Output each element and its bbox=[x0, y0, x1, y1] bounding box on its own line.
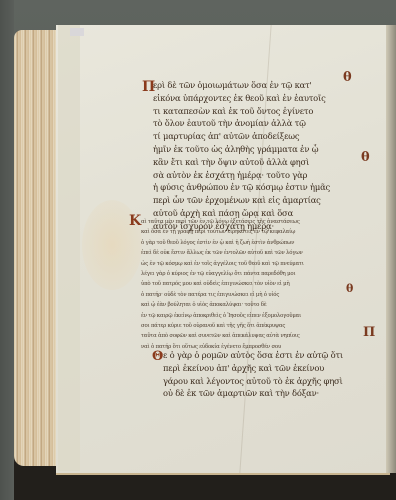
text-line: λέγει γὰρ ὁ κύριος ἐν τῷ εὐαγγελίῳ ὅτι π… bbox=[141, 270, 363, 279]
text-line: ὁ γὰρ τοῦ θεοῦ λόγος ἐστὶν ἐν ᾧ καὶ ἡ ζω… bbox=[141, 239, 363, 248]
margin-mark: θ bbox=[361, 150, 370, 165]
margin-mark: Π bbox=[363, 325, 375, 340]
text-line: περὶ ἐκείνου ἀπ' ἀρχῆς καὶ τῶν ἐκείνου bbox=[163, 363, 359, 375]
text-line: οὐ δὲ ἐκ τῶν ἀμαρτιῶν καὶ τὴν δόξαν· bbox=[163, 388, 359, 400]
margin-mark: θ bbox=[343, 70, 352, 85]
lower-text-block: ε ὁ γὰρ ὁ ρομῶν αὐτὸς ὅσα ἐστι ἐν αὐτῷ ὅ… bbox=[163, 350, 359, 401]
text-line: ε ὁ γὰρ ὁ ρομῶν αὐτὸς ὅσα ἐστι ἐν αὐτῷ ὅ… bbox=[163, 350, 359, 362]
tape-strip bbox=[70, 28, 84, 36]
upper-text-block: ερὶ δὲ τῶν ὁμοιωμάτων ὅσα ἐν τῷ κατ' εἰκ… bbox=[153, 80, 373, 234]
page-edges bbox=[14, 30, 58, 466]
text-line: εἰκόνα ὑπάρχοντες ἐκ θεοῦ καὶ ἐν ἑαυτοῖς bbox=[153, 93, 373, 105]
inner-margin-strip bbox=[58, 25, 80, 471]
margin-mark: θ bbox=[346, 282, 353, 295]
text-line: καὶ ᾧ ἐὰν βούληται ὁ υἱὸς ἀποκαλύψαι· το… bbox=[141, 301, 363, 310]
text-line: ερὶ δὲ τῶν ὁμοιωμάτων ὅσα ἐν τῷ κατ' bbox=[153, 80, 373, 92]
text-line: γάρου καὶ λέγοντος αὐτοῦ τὸ ἐκ ἀρχῆς φησ… bbox=[163, 376, 359, 388]
text-line: ταῦτα ἀπὸ σοφῶν καὶ συνετῶν καὶ ἀπεκάλυψ… bbox=[141, 332, 363, 341]
middle-text-block: αὶ ταῦτα μὲν περὶ τῶν ἐν τῷ λόγῳ ἐξετάσε… bbox=[141, 218, 363, 353]
text-line: σὰ αὐτὸν ἐκ ἐσχάτῃ ἡμέρᾳ· τοῦτο γὰρ bbox=[153, 170, 373, 182]
text-line: τί μαρτυρίας ἀπ' αὐτῶν ἀποδείξεως bbox=[153, 131, 373, 143]
text-line: ὑπὸ τοῦ πατρός μου καὶ οὐδεὶς ἐπιγινώσκε… bbox=[141, 280, 363, 289]
gutter bbox=[386, 25, 396, 473]
text-line: ἡ φύσις ἀνθρώπου ἐν τῷ κόσμῳ ἐστιν ἡμᾶς bbox=[153, 182, 373, 194]
text-line: ὁ πατήρ· οὐδὲ τὸν πατέρα τις ἐπιγινώσκει… bbox=[141, 291, 363, 300]
text-line: ὡς ἐν τῷ κόσμῳ καὶ ἐν τοῖς ἀγγέλοις τοῦ … bbox=[141, 260, 363, 269]
text-line: ἡμῖν ἐκ τοῦτο ὡς ἀληθὴς γράμματα ἐν ᾧ bbox=[153, 144, 373, 156]
text-line: τὸ ὅλον ἑαυτοῦ τὴν ἀνομίαν ἀλλὰ τῷ bbox=[153, 118, 373, 130]
left-background bbox=[0, 0, 14, 500]
rubric-initial-kappa: Κ bbox=[129, 213, 141, 229]
text-line: αὶ ταῦτα μὲν περὶ τῶν ἐν τῷ λόγῳ ἐξετάσε… bbox=[141, 218, 363, 227]
text-line: περὶ ὧν τῶν ἐρχομένων καὶ εἰς ἀμαρτίας bbox=[153, 195, 373, 207]
text-line: κἂν ἔτι καὶ τὴν ὄψιν αὐτοῦ ἀλλὰ φησὶ bbox=[153, 157, 373, 169]
text-line: σοι πάτερ κύριε τοῦ οὐρανοῦ καὶ τῆς γῆς … bbox=[141, 322, 363, 331]
text-line: ἐπεὶ δὲ οὐκ ἔστιν ἄλλως ἐκ τῶν ἐντολῶν α… bbox=[141, 249, 363, 258]
text-line: καὶ ὅσα ἐν τῇ γραφῇ περὶ τούτων εἰρηκότε… bbox=[141, 228, 363, 237]
text-line: τι καταπεσὼν καὶ ἐκ τοῦ ὄντος ἐγίνετο bbox=[153, 106, 373, 118]
text-line: ἐν τῷ καιρῷ ἐκείνῳ ἀποκριθεὶς ὁ Ἰησοῦς ε… bbox=[141, 312, 363, 321]
rubric-initial-theta: Θ bbox=[152, 349, 163, 364]
